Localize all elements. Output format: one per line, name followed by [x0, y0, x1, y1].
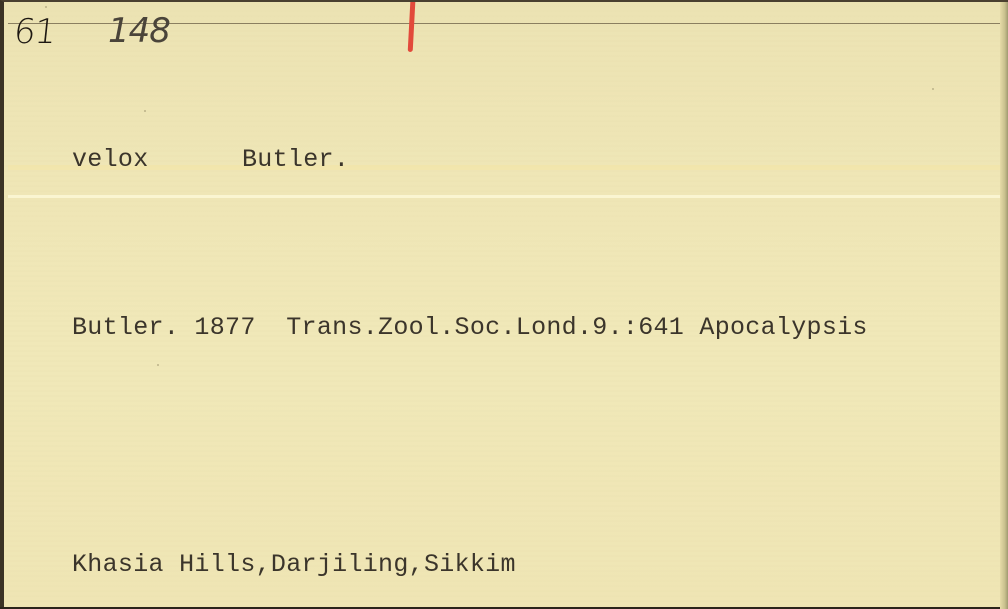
paper-speck: [45, 6, 47, 8]
paper-band: [8, 195, 1000, 198]
card-right-edge: [1000, 2, 1008, 607]
paper-band: [8, 165, 1000, 170]
handwritten-number-left: 61: [12, 12, 57, 52]
red-tab-mark: [408, 2, 416, 52]
paper-speck: [932, 88, 934, 90]
species-author: Butler.: [242, 145, 349, 174]
handwritten-number-right: 148: [108, 11, 170, 51]
paper-speck: [157, 364, 159, 366]
paper-speck: [144, 110, 146, 112]
locality: Khasia Hills,Darjiling,Sikkim: [72, 550, 516, 579]
index-card: 61 148 velox Butler. Butler. 1877 Trans.…: [0, 0, 1008, 607]
bibliographic-reference: Butler. 1877 Trans.Zool.Soc.Lond.9.:641 …: [72, 313, 868, 342]
species-name: velox: [72, 145, 149, 174]
